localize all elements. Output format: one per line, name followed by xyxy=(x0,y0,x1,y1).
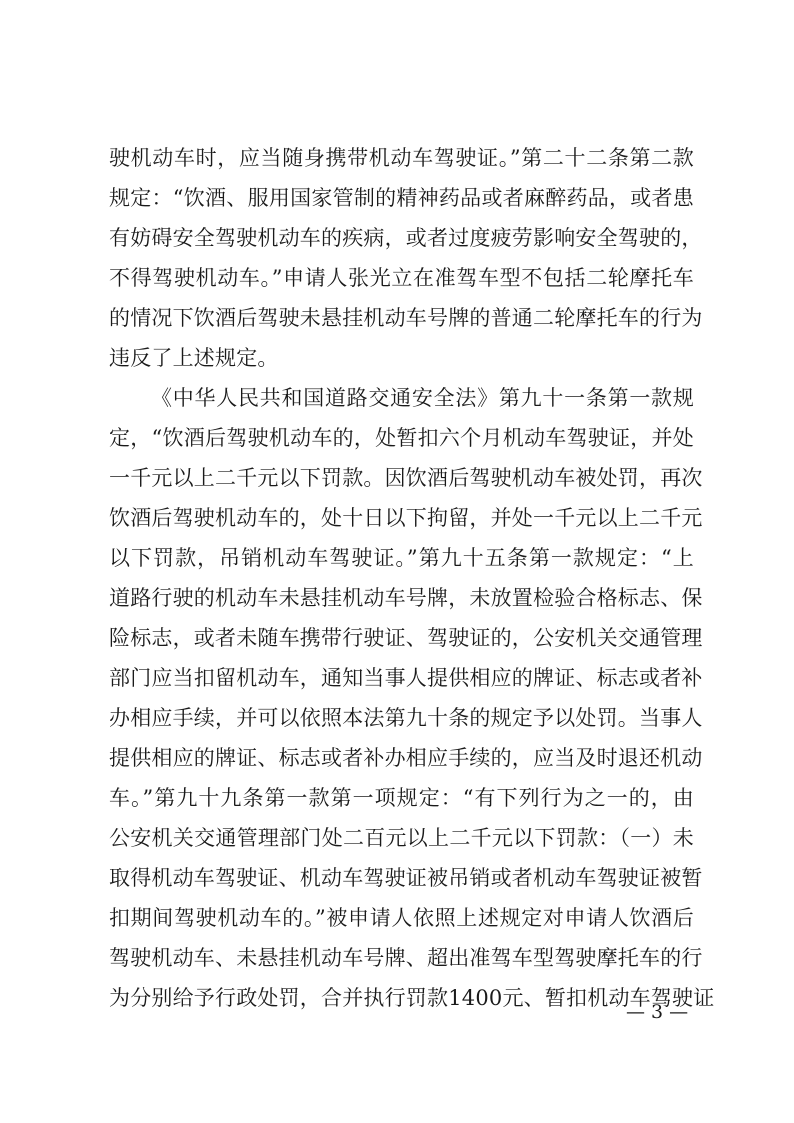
text-line: 有妨碍安全驾驶机动车的疾病，或者过度疲劳影响安全驾驶的， xyxy=(109,223,694,253)
text-line: 驶机动车时，应当随身携带机动车驾驶证。”第二十二条第二款 xyxy=(109,143,694,173)
text-line: 办相应手续，并可以依照本法第九十条的规定予以处罚。当事人 xyxy=(109,703,694,733)
text-line: 公安机关交通管理部门处二百元以上二千元以下罚款：（一）未 xyxy=(109,823,694,853)
text-line: 一千元以上二千元以下罚款。因饮酒后驾驶机动车被处罚，再次 xyxy=(109,463,694,493)
text-line: 扣期间驾驶机动车的。”被申请人依照上述规定对申请人饮酒后 xyxy=(109,903,694,933)
text-line: 定，“饮酒后驾驶机动车的，处暂扣六个月机动车驾驶证，并处 xyxy=(109,423,694,453)
text-line: 以下罚款，吊销机动车驾驶证。”第九十五条第一款规定：“上 xyxy=(109,543,694,573)
text-line: 为分别给予行政处罚，合并执行罚款1400元、暂扣机动车驾驶证 xyxy=(109,983,694,1013)
text-line: 的情况下饮酒后驾驶未悬挂机动车号牌的普通二轮摩托车的行为 xyxy=(109,303,694,333)
text-line: 取得机动车驾驶证、机动车驾驶证被吊销或者机动车驾驶证被暂 xyxy=(109,863,694,893)
text-line: 违反了上述规定。 xyxy=(109,343,694,373)
text-line: 饮酒后驾驶机动车的，处十日以下拘留，并处一千元以上二千元 xyxy=(109,503,694,533)
text-line: 提供相应的牌证、标志或者补办相应手续的，应当及时退还机动 xyxy=(109,743,694,773)
text-line: 规定：“饮酒、服用国家管制的精神药品或者麻醉药品，或者患 xyxy=(109,183,694,213)
text-line: 车。”第九十九条第一款第一项规定：“有下列行为之一的，由 xyxy=(109,783,694,813)
paragraph-start-line: 《中华人民共和国道路交通安全法》第九十一条第一款规 xyxy=(151,383,694,413)
text-line: 险标志，或者未随车携带行驶证、驾驶证的，公安机关交通管理 xyxy=(109,623,694,653)
text-line: 驾驶机动车、未悬挂机动车号牌、超出准驾车型驾驶摩托车的行 xyxy=(109,943,694,973)
page-number: — 3 — xyxy=(626,1001,688,1023)
text-line: 道路行驶的机动车未悬挂机动车号牌，未放置检验合格标志、保 xyxy=(109,583,694,613)
document-page: 驶机动车时，应当随身携带机动车驾驶证。”第二十二条第二款 规定：“饮酒、服用国家… xyxy=(0,0,794,1123)
text-line: 部门应当扣留机动车，通知当事人提供相应的牌证、标志或者补 xyxy=(109,663,694,693)
text-line: 不得驾驶机动车。”申请人张光立在准驾车型不包括二轮摩托车 xyxy=(109,263,694,293)
